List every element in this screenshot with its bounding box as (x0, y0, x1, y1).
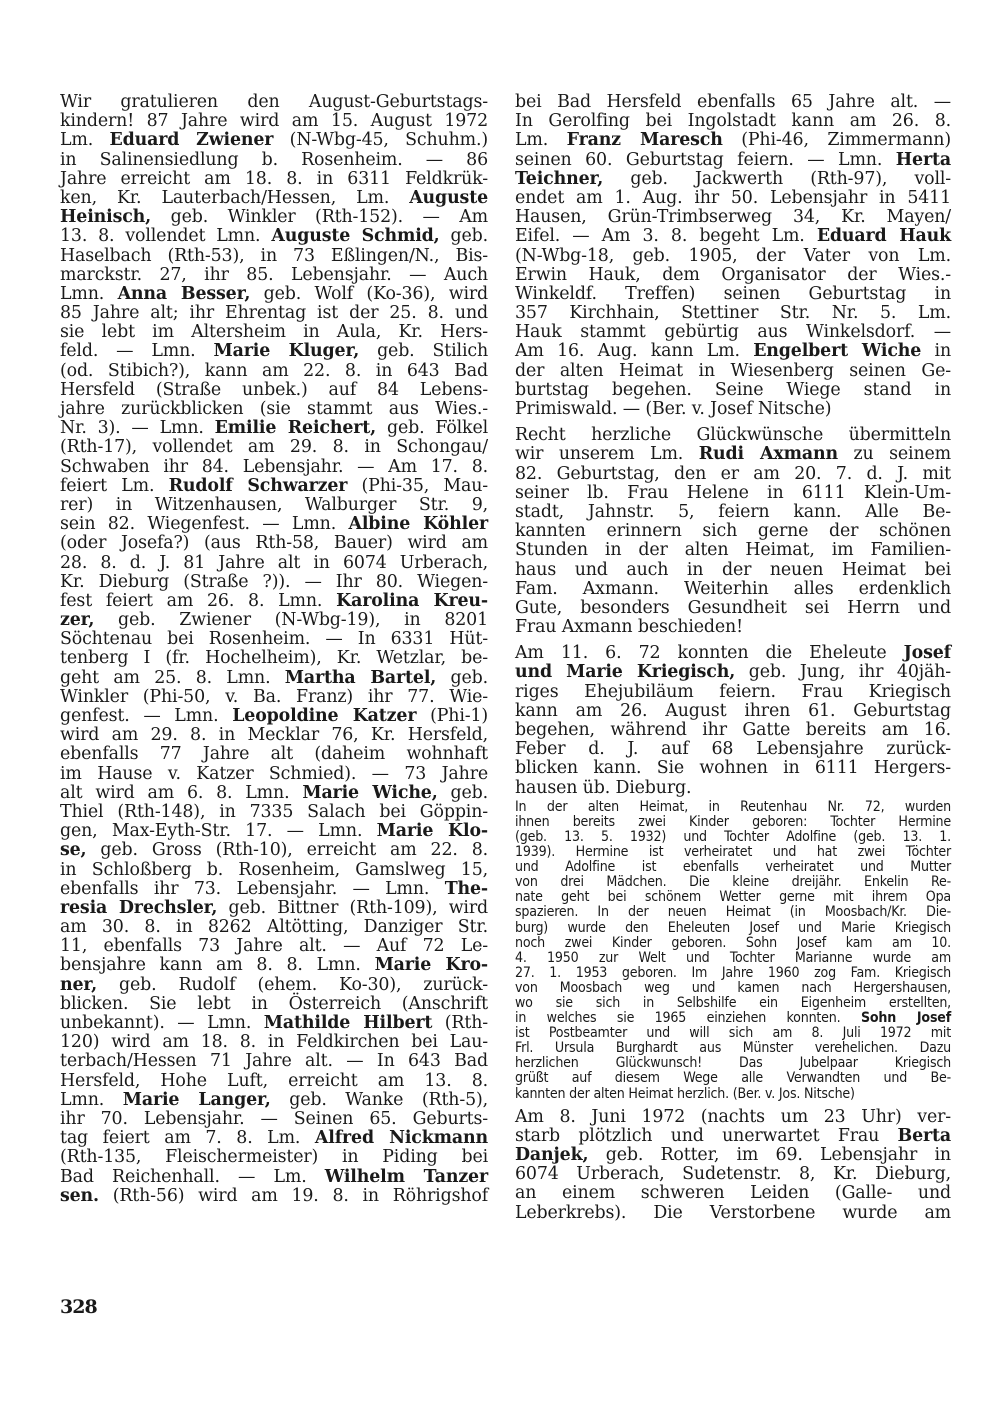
text-line: Primiswald. — (Ber. v. Josef Nitsche) (515, 400, 951, 419)
text-line: grüßt auf diesem Wege alle Verwandten un… (515, 1071, 951, 1086)
bold-name: The- (445, 879, 488, 899)
text-line: 1939). Hermine ist verheiratet und hat z… (515, 845, 951, 860)
bold-name: Sohn Josef (861, 1010, 951, 1026)
bold-name: Teichner, (515, 169, 603, 189)
text-line: hausen üb. Dieburg. (515, 779, 951, 798)
text-line: feld. — Lmn. Marie Kluger, geb. Stilich (60, 342, 488, 361)
text-line: haus und auch in der neuen Heimat bei (515, 561, 951, 580)
text-line: fest feiert am 26. 8. Lmn. Karolina Kreu… (60, 592, 488, 611)
bold-name: sen. (60, 1186, 99, 1206)
text-line: Hauk stammt gebürtig aus Winkelsdorf. — (515, 323, 951, 342)
text-line: (geb. 13. 5. 1932) und Tochter Adolfine … (515, 830, 951, 845)
text-line: Lmn. Anna Besser, geb. Wolf (Ko-36), wir… (60, 285, 488, 304)
text-line: endet am 1. Aug. ihr 50. Lebensjahr in 5… (515, 189, 951, 208)
text-line: kann am 26. August ihren 61. Geburtstag (515, 702, 951, 721)
text-line: Hausen, Grün-Trimbserweg 34, Kr. Mayen/ (515, 208, 951, 227)
bold-name: zer, (60, 610, 94, 630)
paragraph: Am 11. 6. 72 konnten die Eheleute Josefu… (515, 644, 951, 798)
text-line: ebenfalls ihr 73. Lebensjahr. — Lmn. The… (60, 880, 488, 899)
bold-name: Emilie Reichert, (215, 418, 376, 438)
text-line: (Rth-135, Fleischermeister) in Piding be… (60, 1148, 488, 1167)
bold-name: Eduard Zwiener (110, 130, 274, 150)
small-print-paragraph: In der alten Heimat, in Reutenhau Nr. 72… (515, 800, 951, 1102)
bold-name: Karolina Kreu- (336, 591, 488, 611)
text-line: 82. Geburtstag, den er am 20. 7. d. J. m… (515, 465, 951, 484)
text-line: bensjahre kann am 8. 8. Lmn. Marie Kro- (60, 956, 488, 975)
paragraph: Am 8. Juni 1972 (nachts um 23 Uhr) ver-s… (515, 1108, 951, 1223)
bold-name: Heinisch, (60, 207, 151, 227)
text-line: stadt, Jahnstr. 5, feiern kann. Alle Be- (515, 503, 951, 522)
text-line: seinen 60. Geburtstag feiern. — Lmn. Her… (515, 151, 951, 170)
bold-name: Marie Wiche, (302, 783, 437, 803)
text-line: (od. Stibich?), kann am 22. 8. in 643 Ba… (60, 362, 488, 381)
text-line: Haselbach (Rth-53), in 73 Eßlingen/N., B… (60, 247, 488, 266)
text-line: In der alten Heimat, in Reutenhau Nr. 72… (515, 800, 951, 815)
text-line: Teichner, geb. Jackwerth (Rth-97), voll- (515, 170, 951, 189)
bold-name: Alfred Nickmann (315, 1128, 488, 1148)
text-line: tenberg I (fr. Hochelheim), Kr. Wetzlar,… (60, 649, 488, 668)
text-line: Nr. 3). — Lmn. Emilie Reichert, geb. Föl… (60, 419, 488, 438)
text-line: Erwin Hauk, dem Organisator der Wies.- (515, 266, 951, 285)
text-line: 11, ebenfalls 73 Jahre alt. — Auf 72 Le- (60, 937, 488, 956)
page-number: 328 (60, 1296, 97, 1318)
text-line: nate geht bei schönem Wetter gerne mit i… (515, 890, 951, 905)
text-line: 6074 Urberach, Sudetenstr. 8, Kr. Diebur… (515, 1165, 951, 1184)
paragraph: bei Bad Hersfeld ebenfalls 65 Jahre alt.… (515, 93, 951, 419)
text-line: Thiel (Rth-148), in 7335 Salach bei Göpp… (60, 803, 488, 822)
text-line: ist Postbeamter und will sich am 8. Juli… (515, 1026, 951, 1041)
text-line: sen. (Rth-56) wird am 19. 8. in Röhrigsh… (60, 1187, 488, 1206)
text-line: blicken kann. Sie wohnen in 6111 Hergers… (515, 759, 951, 778)
text-line: wo sie sich in Selbshilfe ein Eigenheim … (515, 996, 951, 1011)
text-line: (oder Josefa?) (aus Rth-58, Bauer) wird … (60, 534, 488, 553)
text-line: Eifel. — Am 3. 8. begeht Lm. Eduard Hauk (515, 227, 951, 246)
text-line: Frau Axmann beschieden! (515, 618, 951, 637)
text-line: burg) wurde den Eheleuten Josef und Mari… (515, 921, 951, 936)
text-line: 4. 1950 zur Welt und Tochter Marianne wu… (515, 951, 951, 966)
text-line: im Hause v. Katzer Schmied). — 73 Jahre (60, 765, 488, 784)
text-line: unbekannt). — Lmn. Mathilde Hilbert (Rth… (60, 1014, 488, 1033)
text-line: Fam. Axmann. Weiterhin alles erdenklich (515, 580, 951, 599)
text-line: resia Drechsler, geb. Bittner (Rth-109),… (60, 899, 488, 918)
text-line: se, geb. Gross (Rth-10), erreicht am 22.… (60, 841, 488, 860)
text-line: wir unserem Lm. Rudi Axmann zu seinem (515, 445, 951, 464)
text-line: ner, geb. Rudolf (ehem. Ko-30), zurück- (60, 976, 488, 995)
bold-name: Auguste Schmid, (271, 226, 439, 246)
text-line: ihnen bereits zwei Kinder geboren: Tocht… (515, 815, 951, 830)
text-line: in Salinensiedlung b. Rosenheim. — 86 (60, 151, 488, 170)
text-line: wird am 29. 8. in Mecklar 76, Kr. Hersfe… (60, 726, 488, 745)
text-line: Recht herzliche Glückwünsche übermitteln (515, 426, 951, 445)
text-line: (N-Wbg-18, geb. 1905, der Vater von Lm. (515, 247, 951, 266)
text-line: blicken. Sie lebt in Österreich (Anschri… (60, 995, 488, 1014)
text-line: Am 11. 6. 72 konnten die Eheleute Josef (515, 644, 951, 663)
text-line: Lm. Franz Maresch (Phi-46, Zimmermann) (515, 131, 951, 150)
text-line: Jahre erreicht am 18. 8. in 6311 Feldkrü… (60, 170, 488, 189)
text-line: rer) in Witzenhausen, Walburger Str. 9, (60, 496, 488, 515)
bold-name: Marie Langer, (123, 1090, 271, 1110)
text-line: Feber d. J. auf 68 Lebensjahre zurück- (515, 740, 951, 759)
bold-name: und Marie Kriegisch, (515, 662, 735, 682)
text-line: Heinisch, geb. Winkler (Rth-152). — Am (60, 208, 488, 227)
text-line: noch zwei Kinder geboren. Sohn Josef kam… (515, 936, 951, 951)
text-line: Leberkrebs). Die Verstorbene wurde am (515, 1204, 951, 1223)
text-line: 85 Jahre alt; ihr Ehrentag ist der 25. 8… (60, 304, 488, 323)
text-line: geht am 25. 8. Lmn. Martha Bartel, geb. (60, 669, 488, 688)
text-line: marckstr. 27, ihr 85. Lebensjahr. — Auch (60, 266, 488, 285)
text-line: am 30. 8. in 8262 Altötting, Danziger St… (60, 918, 488, 937)
text-line: Stunden in der alten Heimat, im Familien… (515, 541, 951, 560)
text-line: spazieren. In der neuen Heimat (in Moosb… (515, 905, 951, 920)
text-line: tag feiert am 7. 8. Lm. Alfred Nickmann (60, 1129, 488, 1148)
text-line: Hersfeld (Straße unbek.) auf 84 Lebens- (60, 381, 488, 400)
bold-name: Marie Klo- (377, 821, 488, 841)
text-line: kannten erinnern sich gerne der schönen (515, 522, 951, 541)
text-line: riges Ehejubiläum feiern. Frau Kriegisch (515, 683, 951, 702)
text-line: ebenfalls 77 Jahre alt (daheim wohnhaft (60, 745, 488, 764)
bold-name: Berta (898, 1126, 951, 1146)
bold-name: se, (60, 840, 86, 860)
text-line: Winkeldf. Treffen) seinen Geburtstag in (515, 285, 951, 304)
bold-name: Eduard Hauk (817, 226, 951, 246)
text-line: ihr 70. Lebensjahr. — Seinen 65. Geburts… (60, 1110, 488, 1129)
text-line: Gute, besonders Gesundheit sei Herrn und (515, 599, 951, 618)
text-line: Frl. Ursula Burghardt aus Münster verehe… (515, 1041, 951, 1056)
text-line: kannten der alten Heimat herzlich. (Ber.… (515, 1087, 951, 1102)
text-line: an einem schweren Leiden (Galle- und (515, 1184, 951, 1203)
bold-name: Rudi Axmann (699, 444, 838, 464)
text-line: Danjek, geb. Rotter, im 69. Lebensjahr i… (515, 1146, 951, 1165)
text-line: und Marie Kriegisch, geb. Jung, ihr 40jä… (515, 663, 951, 682)
text-line: Schwaben ihr 84. Lebensjahr. — Am 17. 8. (60, 458, 488, 477)
text-line: Lmn. Marie Langer, geb. Wanke (Rth-5), (60, 1091, 488, 1110)
text-line: Hersfeld, Hohe Luft, erreicht am 13. 8. (60, 1072, 488, 1091)
bold-name: Marie Kro- (375, 955, 488, 975)
bold-name: Wilhelm Tanzer (325, 1167, 488, 1187)
text-line: Söchtenau bei Rosenheim. — In 6331 Hüt- (60, 630, 488, 649)
text-line: Am 16. Aug. kann Lm. Engelbert Wiche in (515, 342, 951, 361)
text-line: der alten Heimat in Wiesenberg seinen Ge… (515, 362, 951, 381)
text-line: und Adolfine ist ebenfalls verheiratet u… (515, 860, 951, 875)
text-line: 27. 1. 1953 geboren. Im Jahre 1960 zog F… (515, 966, 951, 981)
text-line: Bad Reichenhall. — Lm. Wilhelm Tanzer (60, 1168, 488, 1187)
text-line: alt wird am 6. 8. Lmn. Marie Wiche, geb. (60, 784, 488, 803)
text-line: 13. 8. vollendet Lmn. Auguste Schmid, ge… (60, 227, 488, 246)
text-line: Am 8. Juni 1972 (nachts um 23 Uhr) ver- (515, 1108, 951, 1127)
text-line: gen, Max-Eyth-Str. 17. — Lmn. Marie Klo- (60, 822, 488, 841)
text-line: sein 82. Wiegenfest. — Lmn. Albine Köhle… (60, 515, 488, 534)
text-line: in Schloßberg b. Rosenheim, Gamslweg 15, (60, 861, 488, 880)
text-line: Lm. Eduard Zwiener (N-Wbg-45, Schuhm.) (60, 131, 488, 150)
text-line: von drei Mädchen. Die kleine dreijähr. E… (515, 875, 951, 890)
bold-name: Auguste (409, 188, 488, 208)
paragraph: Recht herzliche Glückwünsche übermitteln… (515, 426, 951, 637)
left-text-column: Wir gratulieren den August-Geburtstags-k… (60, 93, 488, 1206)
bold-name: Rudolf Schwarzer (169, 476, 348, 496)
bold-name: Marie Kluger, (214, 341, 360, 361)
text-line: seiner lb. Frau Helene in 6111 Klein-Um- (515, 484, 951, 503)
text-line: 28. 8. d. J. 81 Jahre alt in 6074 Urbera… (60, 554, 488, 573)
text-line: von Moosbach weg und kamen nach Hergersh… (515, 981, 951, 996)
bold-name: Anna Besser, (118, 284, 251, 304)
text-line: zer, geb. Zwiener (N-Wbg-19), in 8201 (60, 611, 488, 630)
text-line: ken, Kr. Lauterbach/Hessen, Lm. Auguste (60, 189, 488, 208)
text-line: in welches sie 1965 einziehen konnten. S… (515, 1011, 951, 1026)
text-line: Kr. Dieburg (Straße ?)). — Ihr 80. Wiege… (60, 573, 488, 592)
text-line: begehen, während ihr Gatte bereits am 16… (515, 721, 951, 740)
bold-name: ner, (60, 975, 97, 995)
text-line: jahre zurückblicken (sie stammt aus Wies… (60, 400, 488, 419)
text-line: 357 Kirchhain, Stettiner Str. Nr. 5. Lm. (515, 304, 951, 323)
text-line: herzlichen Glückwunsch! Das Jubelpaar Kr… (515, 1056, 951, 1071)
text-line: starb plötzlich und unerwartet Frau Bert… (515, 1127, 951, 1146)
text-line: 120) wird am 18. 8. in Feldkirchen bei L… (60, 1033, 488, 1052)
text-line: (Rth-17), vollendet am 29. 8. in Schonga… (60, 438, 488, 457)
bold-name: Leopoldine Katzer (232, 706, 416, 726)
text-line: Winkler (Phi-50, v. Ba. Franz) ihr 77. W… (60, 688, 488, 707)
bold-name: Danjek, (515, 1145, 588, 1165)
text-line: terbach/Hessen 71 Jahre alt. — In 643 Ba… (60, 1052, 488, 1071)
text-line: bei Bad Hersfeld ebenfalls 65 Jahre alt.… (515, 93, 951, 112)
text-line: genfest. — Lmn. Leopoldine Katzer (Phi-1… (60, 707, 488, 726)
bold-name: Josef (904, 643, 951, 663)
bold-name: Albine Köhler (349, 514, 489, 534)
text-line: sie lebt im Altersheim in Aula, Kr. Hers… (60, 323, 488, 342)
right-text-column: bei Bad Hersfeld ebenfalls 65 Jahre alt.… (515, 93, 951, 1223)
bold-name: Herta (896, 150, 951, 170)
text-line: Wir gratulieren den August-Geburtstags- (60, 93, 488, 112)
bold-name: Martha Bartel, (285, 668, 436, 688)
text-line: In Gerolfing bei Ingolstadt kann am 26. … (515, 112, 951, 131)
bold-name: Engelbert Wiche (753, 341, 921, 361)
bold-name: Mathilde Hilbert (264, 1013, 433, 1033)
bold-name: Franz Maresch (567, 130, 723, 150)
text-line: burtstag begehen. Seine Wiege stand in (515, 381, 951, 400)
text-line: feiert Lm. Rudolf Schwarzer (Phi-35, Mau… (60, 477, 488, 496)
text-line: kindern! 87 Jahre wird am 15. August 197… (60, 112, 488, 131)
bold-name: resia Drechsler, (60, 898, 217, 918)
